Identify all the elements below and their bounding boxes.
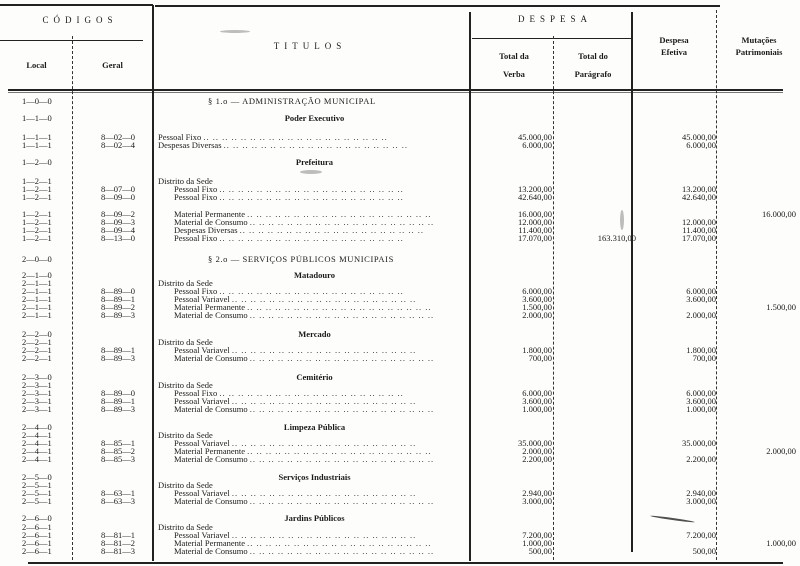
header-bottom-rule <box>8 89 783 91</box>
total-paragrafo-value: 163.310,00 <box>556 234 636 243</box>
line-item-label: Material de Consumo <box>174 311 248 320</box>
despesa-efetiva-header: Despesa Efetiva <box>636 34 712 58</box>
total-verba-value: 3.000,00 <box>474 497 552 506</box>
code-geral: 8—02—4 <box>90 141 146 150</box>
total-verba-line2: Verba <box>478 68 550 80</box>
code-geral: 8—85—3 <box>90 455 146 464</box>
top-rule-right <box>155 5 720 7</box>
geral-header: Geral <box>90 59 135 71</box>
line-item-label: Pessoal Fixo <box>174 193 217 202</box>
leader-dots: .. .. .. .. .. .. .. .. .. .. .. .. .. .… <box>219 193 403 202</box>
code-geral: 8—63—3 <box>90 497 146 506</box>
line-item-label: Material de Consumo <box>174 455 248 464</box>
table-row: 2—6—18—81—3Material de Consumo .. .. .. … <box>0 547 800 556</box>
subheading-title: Jardins Públicos <box>158 514 511 523</box>
line-item-label: Material de Consumo <box>174 547 248 556</box>
despesa-efetiva-line2: Efetiva <box>636 46 712 58</box>
table-row: 2—3—18—89—3Material de Consumo .. .. .. … <box>0 405 800 414</box>
scan-speck <box>620 210 624 230</box>
despesa-efetiva-value: 42.640,00 <box>640 193 716 202</box>
total-paragrafo-header: Total do Parágrafo <box>557 50 629 80</box>
line-item-title: Pessoal Fixo .. .. .. .. .. .. .. .. .. … <box>158 234 471 243</box>
total-verba-value: 1.000,00 <box>474 405 552 414</box>
line-item-title: Despesas Diversas .. .. .. .. .. .. .. .… <box>158 141 471 150</box>
line-item-title: Material de Consumo .. .. .. .. .. .. ..… <box>158 497 471 506</box>
local-header: Local <box>14 59 59 71</box>
table-row: 1—1—18—02—4Despesas Diversas .. .. .. ..… <box>0 141 800 150</box>
scan-speck <box>220 30 250 33</box>
line-item-title: Material de Consumo .. .. .. .. .. .. ..… <box>158 455 471 464</box>
mutacoes-line1: Mutações <box>718 34 800 46</box>
code-geral: 8—81—3 <box>90 547 146 556</box>
despesa-efetiva-value: 700,00 <box>640 354 716 363</box>
leader-dots: .. .. .. .. .. .. .. .. .. .. .. .. .. .… <box>250 497 434 506</box>
leader-dots: .. .. .. .. .. .. .. .. .. .. .. .. .. .… <box>250 405 434 414</box>
code-local: 2—4—1 <box>22 455 82 464</box>
despesa-efetiva-value: 1.000,00 <box>640 405 716 414</box>
table-row: 2—4—18—85—3Material de Consumo .. .. .. … <box>0 455 800 464</box>
despesa-header: DESPESA <box>500 13 610 25</box>
code-local: 1—2—0 <box>22 158 82 167</box>
top-rule <box>0 4 153 6</box>
total-verba-value: 2.000,00 <box>474 311 552 320</box>
budget-table-page: CÓDIGOS Local Geral TITULOS DESPESA Tota… <box>0 0 800 566</box>
header-bottom-rule-2 <box>8 92 783 93</box>
table-row: 1—2—18—13—0Pessoal Fixo .. .. .. .. .. .… <box>0 234 800 243</box>
code-local: 2—0—0 <box>22 255 82 264</box>
table-row: 2—1—18—89—3Material de Consumo .. .. .. … <box>0 311 800 320</box>
line-item-title: Material de Consumo .. .. .. .. .. .. ..… <box>158 547 471 556</box>
despesa-efetiva-value: 500,00 <box>640 547 716 556</box>
code-local: 2—5—1 <box>22 497 82 506</box>
total-paragrafo-line2: Parágrafo <box>557 68 629 80</box>
subheading-title: Poder Executivo <box>158 114 511 123</box>
despesa-efetiva-value: 6.000,00 <box>640 141 716 150</box>
mutacoes-header: Mutações Patrimoniais <box>718 34 800 58</box>
scan-speck <box>300 170 322 174</box>
total-verba-value: 500,00 <box>474 547 552 556</box>
bottom-rule <box>28 562 783 564</box>
line-item-label: Pessoal Fixo <box>174 234 217 243</box>
leader-dots: .. .. .. .. .. .. .. .. .. .. .. .. .. .… <box>219 234 403 243</box>
line-item-label: Despesas Diversas <box>158 141 222 150</box>
code-local: 1—1—1 <box>22 141 82 150</box>
despesa-efetiva-value: 2.200,00 <box>640 455 716 464</box>
line-item-label: Material de Consumo <box>174 354 248 363</box>
total-verba-header: Total da Verba <box>478 50 550 80</box>
code-local: 1—2—1 <box>22 234 82 243</box>
leader-dots: .. .. .. .. .. .. .. .. .. .. .. .. .. .… <box>250 455 434 464</box>
line-item-title: Pessoal Fixo .. .. .. .. .. .. .. .. .. … <box>158 193 471 202</box>
leader-dots: .. .. .. .. .. .. .. .. .. .. .. .. .. .… <box>250 311 434 320</box>
total-verba-value: 2.200,00 <box>474 455 552 464</box>
code-local: 1—2—1 <box>22 193 82 202</box>
leader-dots: .. .. .. .. .. .. .. .. .. .. .. .. .. .… <box>224 141 408 150</box>
titulos-header: TITULOS <box>270 40 350 52</box>
despesa-efetiva-value: 3.000,00 <box>640 497 716 506</box>
total-paragrafo-line1: Total do <box>557 50 629 62</box>
codigos-header: CÓDIGOS <box>20 14 140 26</box>
table-row: 2—0—0§ 2.o — SERVIÇOS PÚBLICOS MUNICIPAI… <box>0 255 800 264</box>
despesa-efetiva-value: 17.070,00 <box>640 234 716 243</box>
code-geral: 8—89—3 <box>90 405 146 414</box>
code-local: 2—3—1 <box>22 405 82 414</box>
leader-dots: .. .. .. .. .. .. .. .. .. .. .. .. .. .… <box>250 547 434 556</box>
table-row: 1—2—18—09—0Pessoal Fixo .. .. .. .. .. .… <box>0 193 800 202</box>
line-item-label: Material de Consumo <box>174 497 248 506</box>
code-local: 2—2—1 <box>22 354 82 363</box>
despesa-efetiva-line1: Despesa <box>636 34 712 46</box>
table-row: 1—1—0Poder Executivo <box>0 114 800 123</box>
leader-dots: .. .. .. .. .. .. .. .. .. .. .. .. .. .… <box>250 354 434 363</box>
code-geral: 8—09—0 <box>90 193 146 202</box>
despesa-underline <box>472 38 632 39</box>
table-row: 1—0—0§ 1.o — ADMINISTRAÇÃO MUNICIPAL <box>0 97 800 106</box>
code-local: 2—6—1 <box>22 547 82 556</box>
total-verba-value: 42.640,00 <box>474 193 552 202</box>
table-row: 1—2—0Prefeitura <box>0 158 800 167</box>
total-verba-value: 6.000,00 <box>474 141 552 150</box>
section-title: § 1.o — ADMINISTRAÇÃO MUNICIPAL <box>158 97 521 106</box>
line-item-label: Material de Consumo <box>174 405 248 414</box>
total-verba-line1: Total da <box>478 50 550 62</box>
code-geral: 8—89—3 <box>90 311 146 320</box>
table-row: 2—2—18—89—3Material de Consumo .. .. .. … <box>0 354 800 363</box>
code-geral: 8—13—0 <box>90 234 146 243</box>
section-title: § 2.o — SERVIÇOS PÚBLICOS MUNICIPAIS <box>158 255 521 264</box>
code-geral: 8—89—3 <box>90 354 146 363</box>
mutacoes-line2: Patrimoniais <box>718 46 800 58</box>
table-row: 2—5—18—63—3Material de Consumo .. .. .. … <box>0 497 800 506</box>
total-verba-value: 700,00 <box>474 354 552 363</box>
despesa-efetiva-value: 2.000,00 <box>640 311 716 320</box>
line-item-title: Material de Consumo .. .. .. .. .. .. ..… <box>158 405 471 414</box>
line-item-title: Material de Consumo .. .. .. .. .. .. ..… <box>158 354 471 363</box>
subheading-title: Prefeitura <box>158 158 511 167</box>
line-item-title: Material de Consumo .. .. .. .. .. .. ..… <box>158 311 471 320</box>
code-local: 1—1—0 <box>22 114 82 123</box>
code-local: 1—0—0 <box>22 97 82 106</box>
total-verba-value: 17.070,00 <box>474 234 552 243</box>
code-local: 2—1—1 <box>22 311 82 320</box>
